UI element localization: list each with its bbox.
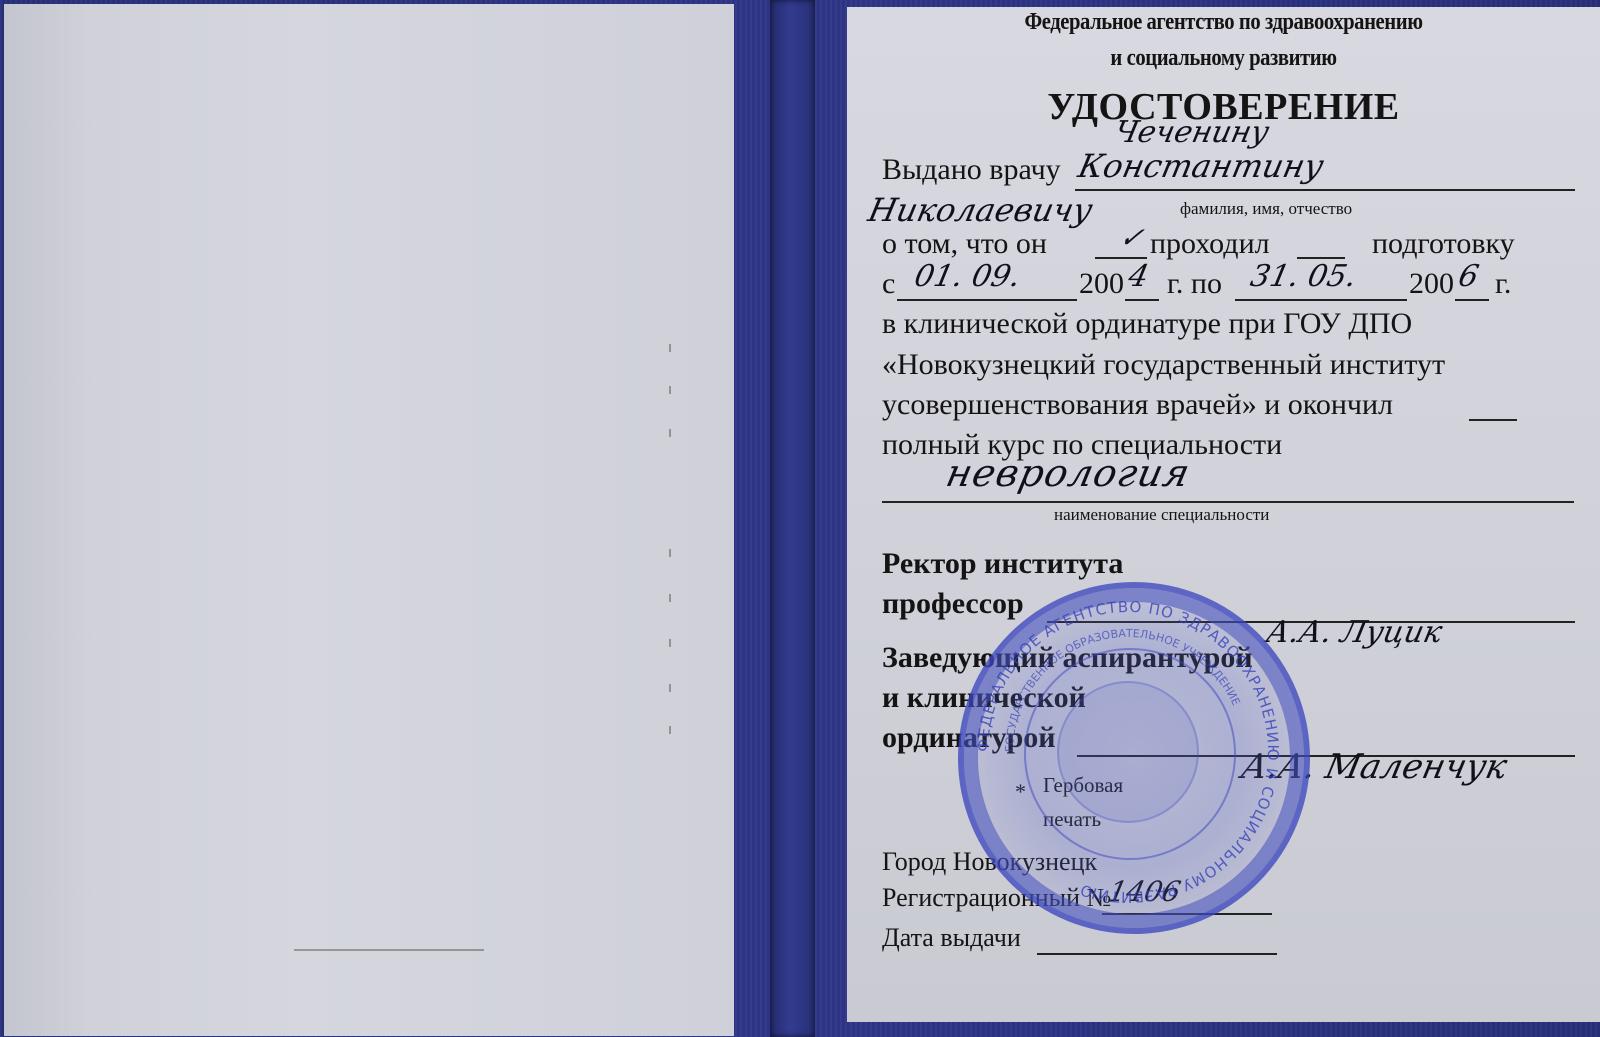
seal-label-line1: Гербовая bbox=[1043, 773, 1123, 798]
passed-prefix: о том, что он bbox=[882, 227, 1047, 261]
head-title-line1: Заведующий аспирантурой bbox=[882, 641, 1253, 675]
rector-title-line2: профессор bbox=[882, 587, 1024, 621]
period-from-year-digit: 4 bbox=[1125, 259, 1152, 294]
city-line: Город Новокузнецк bbox=[882, 847, 1097, 877]
rector-name-handwritten: А.А. Луцик bbox=[1263, 615, 1445, 650]
reg-number-label: Регистрационный № bbox=[882, 883, 1111, 913]
specialty-caption: наименование специальности bbox=[1054, 505, 1269, 525]
reg-number-rule bbox=[1102, 913, 1272, 915]
first-name-handwritten: Константину bbox=[1075, 147, 1327, 185]
period-from-year-prefix: 200 bbox=[1079, 267, 1124, 301]
period-to-year-rule bbox=[1455, 299, 1489, 301]
head-title-line3: ординатурой bbox=[882, 721, 1056, 755]
body-line-1: в клинической ординатуре при ГОУ ДПО bbox=[882, 307, 1412, 341]
head-title-line2: и клинической bbox=[882, 681, 1086, 715]
body-line-2: «Новокузнецкий государственный институт bbox=[882, 348, 1445, 382]
period-to-year-digit: 6 bbox=[1455, 259, 1482, 294]
head-name-handwritten: А.А. Маленчук bbox=[1238, 747, 1511, 787]
seal-asterisk: * bbox=[1015, 779, 1026, 805]
period-year-suffix: г. по bbox=[1167, 267, 1222, 301]
seal-label-line2: печать bbox=[1043, 807, 1101, 832]
passed-middle: проходил bbox=[1150, 227, 1270, 261]
issued-to-label: Выдано врачу bbox=[882, 153, 1061, 187]
period-to-year-suffix: г. bbox=[1495, 267, 1511, 301]
passed-mark: ✓ bbox=[1116, 221, 1146, 254]
period-from-prefix: с bbox=[882, 267, 895, 301]
period-to-date: 31. 05. bbox=[1247, 259, 1359, 294]
left-page-blank bbox=[4, 4, 734, 1036]
period-from-year-rule bbox=[1125, 299, 1159, 301]
surname-handwritten: Чеченину bbox=[1111, 115, 1272, 150]
patronymic-handwritten: Николаевичу bbox=[865, 191, 1096, 229]
issue-date-label: Дата выдачи bbox=[882, 923, 1021, 953]
booklet-spine bbox=[770, 0, 815, 1037]
period-to-rule bbox=[1235, 299, 1407, 301]
name-rule bbox=[1075, 189, 1575, 191]
body-line-3: усовершенствования врачей» и окончил bbox=[882, 388, 1393, 422]
agency-name-line2: и социальному развитию bbox=[900, 45, 1548, 72]
rector-title-line1: Ректор института bbox=[882, 547, 1123, 581]
specialty-handwritten: неврология bbox=[942, 451, 1194, 495]
reg-number-handwritten: 1406 bbox=[1105, 875, 1183, 908]
passed-suffix: подготовку bbox=[1372, 227, 1515, 261]
right-page-certificate: Федеральное агентство по здравоохранению… bbox=[847, 7, 1600, 1022]
specialty-rule bbox=[882, 501, 1574, 503]
period-to-year-prefix: 200 bbox=[1409, 267, 1454, 301]
fio-caption: фамилия, имя, отчество bbox=[1180, 199, 1352, 219]
finished-rule bbox=[1469, 419, 1517, 421]
agency-name-line1: Федеральное агентство по здравоохранению bbox=[900, 9, 1548, 36]
period-from-rule bbox=[897, 299, 1077, 301]
issue-date-rule bbox=[1037, 953, 1277, 955]
period-from-date: 01. 09. bbox=[911, 259, 1023, 294]
